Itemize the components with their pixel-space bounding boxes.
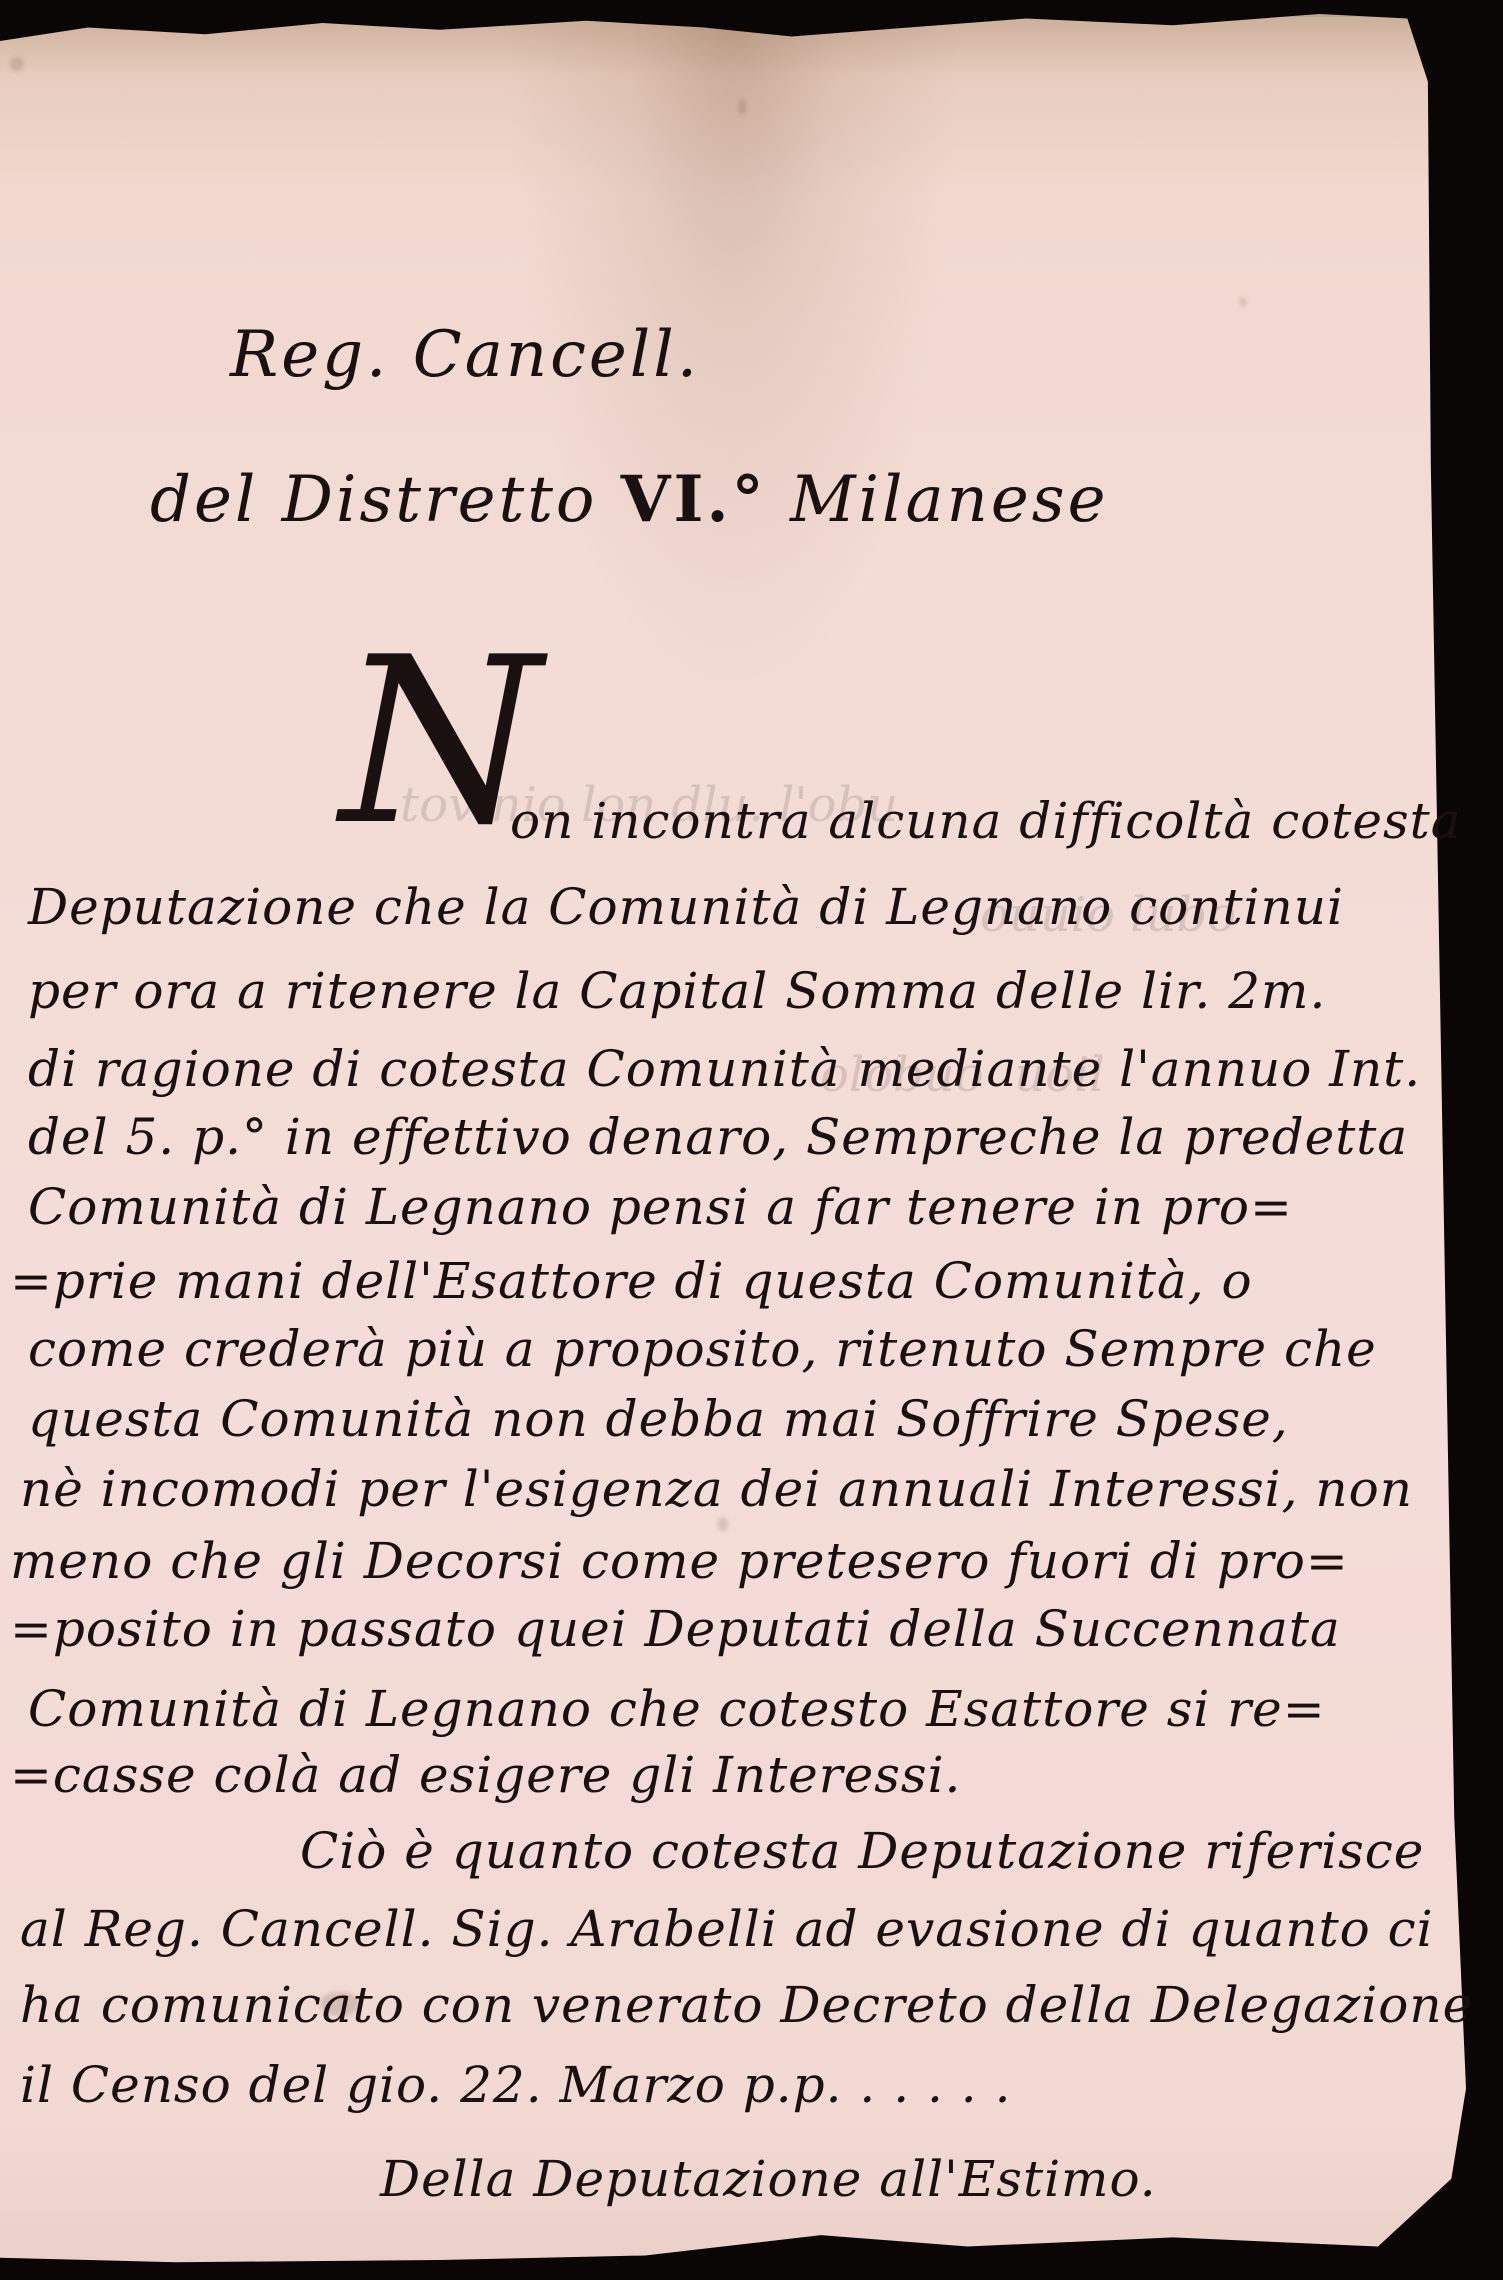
body-line-14: =casse colà ad esigere gli Interessi. [10,1746,961,1804]
body-line-1: on incontra alcuna difficoltà cotesta [510,792,1462,850]
body-line-13: Comunità di Legnano che cotesto Esattore… [28,1680,1326,1738]
ink-spot [738,99,746,115]
body-line-12: =posito in passato quei Deputati della S… [10,1600,1341,1658]
address-suffix: Milanese [767,463,1109,537]
body-line-11: meno che gli Decorsi come pretesero fuor… [10,1532,1349,1590]
closing-signature: Della Deputazione all'Estimo. [380,2150,1157,2208]
address-line-1: Reg. Cancell. [230,318,700,392]
body-line-10: nè incomodi per l'esigenza dei annuali I… [20,1460,1413,1518]
foxing-spot [1240,297,1246,307]
body-line-9: questa Comunità non debba mai Soffrire S… [28,1390,1289,1448]
district-numeral: VI.° [621,462,767,537]
body-line-3: per ora a ritenere la Capital Somma dell… [28,962,1326,1020]
body-line-6: Comunità di Legnano pensi a far tenere i… [28,1178,1293,1236]
paragraph2-line-3: ha comunicato con venerato Decreto della… [20,1976,1473,2034]
body-line-8: come crederà più a proposito, ritenuto S… [28,1320,1377,1378]
foxing-spot [10,57,24,71]
body-line-7: =prie mani dell'Esattore di questa Comun… [10,1252,1253,1310]
paragraph2-line-1: Ciò è quanto cotesta Deputazione riferis… [300,1822,1424,1880]
body-line-4: di ragione di cotesta Comunità mediante … [28,1040,1421,1098]
address-line-2: del Distretto VI.° Milanese [150,462,1108,537]
address-prefix: del Distretto [150,463,621,537]
foxing-spot [718,1517,728,1531]
body-line-2: Deputazione che la Comunità di Legnano c… [28,878,1344,936]
body-line-5: del 5. p.° in effettivo denaro, Semprech… [28,1108,1408,1166]
paragraph2-line-4: il Censo del gio. 22. Marzo p.p. . . . .… [20,2056,1011,2114]
paragraph2-line-2: al Reg. Cancell. Sig. Arabelli ad evasio… [20,1900,1434,1958]
